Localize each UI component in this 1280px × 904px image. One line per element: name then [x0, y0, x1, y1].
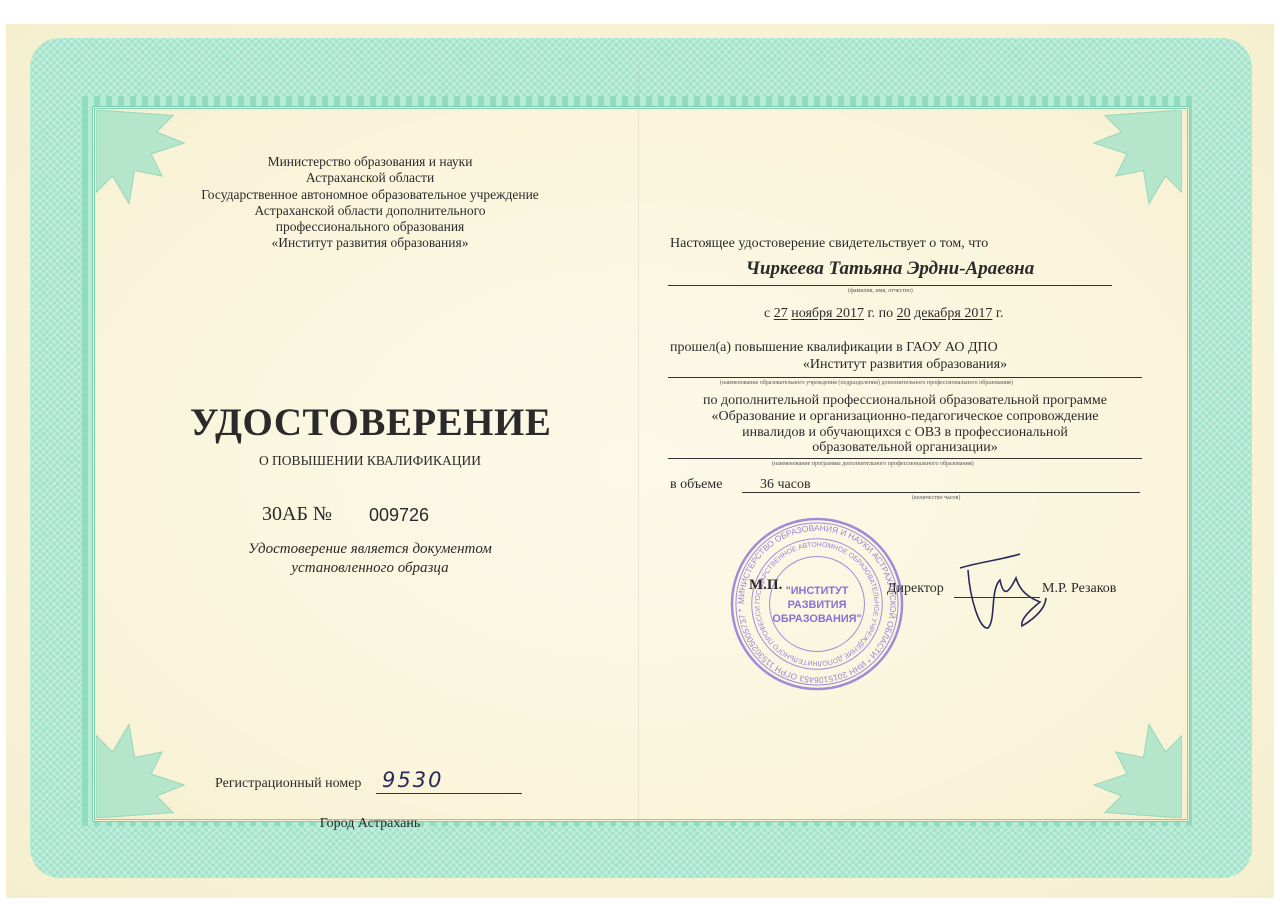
name-caption: (фамилия, имя, отчество) [848, 288, 913, 294]
date-suffix: г. [996, 306, 1004, 321]
ministry-line: Государственное автономное образовательн… [175, 187, 565, 203]
corner-leaf-icon [1072, 110, 1182, 220]
ministry-line: Астраханской области [175, 170, 565, 186]
ministry-line: Министерство образования и науки [175, 154, 565, 170]
certificate-intro: Настоящее удостоверение свидетельствует … [670, 236, 988, 252]
svg-text:ОБРАЗОВАНИЯ": ОБРАЗОВАНИЯ" [772, 613, 861, 625]
program-line: «Образование и организационно-педагогиче… [668, 409, 1142, 425]
volume-value: 36 часов [760, 477, 811, 493]
corner-leaf-icon [96, 708, 206, 818]
date-to-day: 20 [897, 306, 911, 321]
seal-label: М.П. [749, 577, 782, 594]
volume-underline [742, 492, 1140, 493]
date-from-month-year: ноября 2017 [791, 306, 864, 321]
validity-note-line: установленного образца [190, 559, 550, 578]
institution-underline [668, 377, 1142, 378]
recipient-name: Чиркеева Татьяна Эрдни-Араевна [668, 258, 1112, 280]
document-number: 009726 [369, 505, 429, 526]
director-name: М.Р. Резаков [1042, 581, 1116, 597]
institution-name: «Институт развития образования» [668, 357, 1142, 373]
program-caption: (наименование программы дополнительного … [772, 461, 974, 467]
validity-note-line: Удостоверение является документом [190, 540, 550, 559]
institution-caption: (наименование образовательного учреждени… [720, 380, 1013, 386]
ministry-line: Астраханской области дополнительного [175, 203, 565, 219]
ministry-line: «Институт развития образования» [175, 235, 565, 251]
ministry-line: профессионального образования [175, 219, 565, 235]
corner-leaf-icon [1072, 708, 1182, 818]
qualification-statement: прошел(а) повышение квалификации в ГАОУ … [670, 340, 998, 356]
registration-label: Регистрационный номер [215, 776, 361, 792]
date-to-prefix: г. по [867, 306, 893, 321]
svg-text:"ИНСТИТУТ: "ИНСТИТУТ [786, 585, 849, 597]
issuing-organization: Министерство образования и науки Астраха… [175, 154, 565, 252]
registration-underline [376, 793, 522, 794]
date-from-day: 27 [774, 306, 788, 321]
document-series: 30АБ № [262, 503, 332, 526]
program-line: по дополнительной профессиональной образ… [668, 393, 1142, 409]
svg-text:РАЗВИТИЯ: РАЗВИТИЯ [788, 599, 847, 611]
date-from-prefix: с [764, 306, 770, 321]
director-signature [950, 540, 1050, 640]
registration-number: 9530 [382, 768, 443, 792]
document-subtitle: О ПОВЫШЕНИИ КВАЛИФИКАЦИИ [190, 453, 550, 469]
program-line: инвалидов и обучающихся с ОВЗ в професси… [668, 425, 1142, 441]
program-underline [668, 458, 1142, 459]
program-line: образовательной организации» [668, 440, 1142, 456]
document-title: УДОСТОВЕРЕНИЕ [190, 400, 550, 445]
date-to-month-year: декабря 2017 [914, 306, 992, 321]
training-dates: с 27 ноября 2017 г. по 20 декабря 2017 г… [764, 306, 1003, 322]
volume-label: в объеме [670, 477, 722, 493]
official-stamp: МИНИСТЕРСТВО ОБРАЗОВАНИЯ И НАУКИ АСТРАХА… [728, 515, 906, 693]
validity-note: Удостоверение является документом устано… [190, 540, 550, 578]
name-underline [668, 285, 1112, 286]
city: Город Астрахань [190, 816, 550, 832]
program-description: по дополнительной профессиональной образ… [668, 393, 1142, 456]
fold-line [638, 60, 639, 860]
volume-caption: (количество часов) [912, 495, 960, 501]
director-label: Директор [887, 581, 944, 597]
